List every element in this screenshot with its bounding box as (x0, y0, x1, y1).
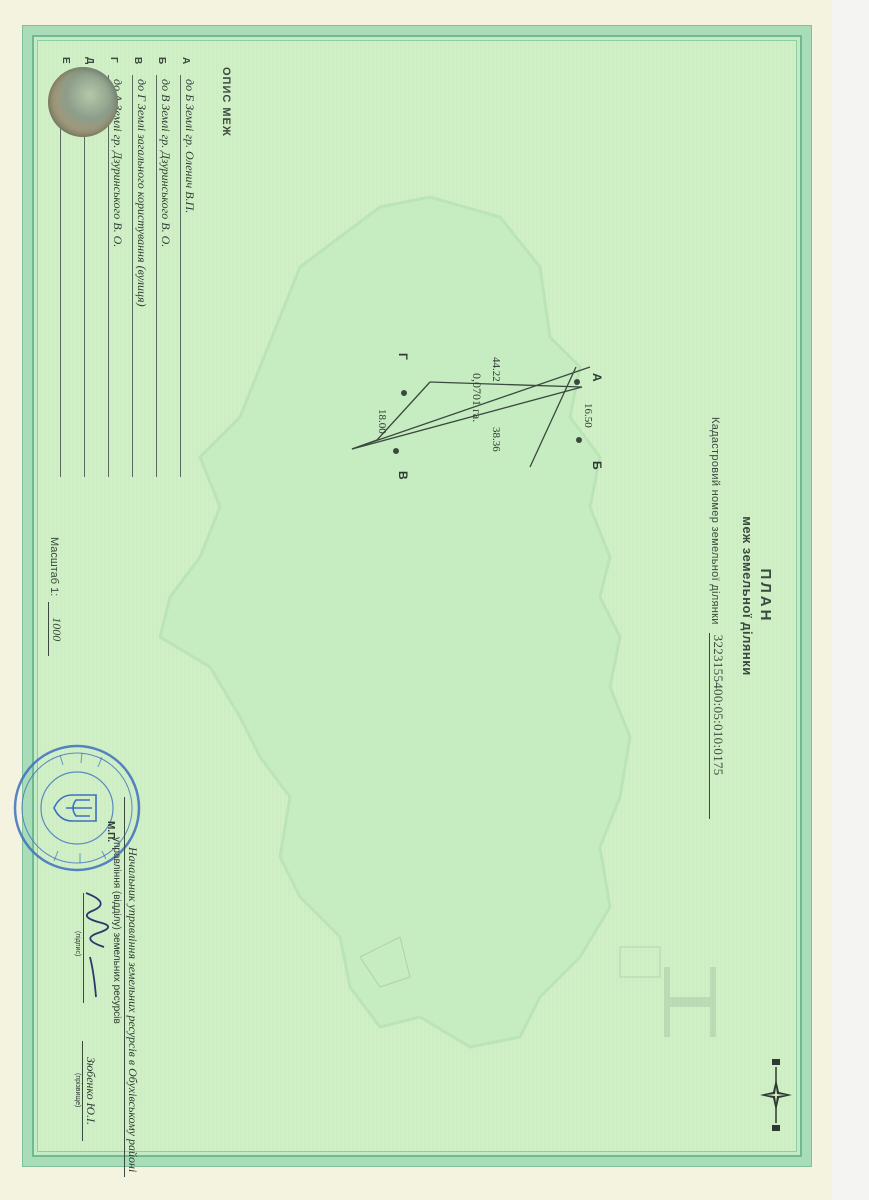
boundary-text: до А Землі гр. Дзуринського В. О. (108, 75, 126, 477)
boundary-text: до Б Землі гр. Оленич В.П. (180, 75, 198, 477)
plot-area: 0,0701 га. (469, 373, 484, 422)
side-length-vg: 18.00 (376, 409, 388, 434)
signature-caption: (підпис) (74, 931, 81, 956)
boundary-letter: Б (156, 57, 167, 75)
hologram-seal-icon (48, 67, 118, 137)
side-length-ab: 16.50 (582, 403, 594, 428)
signatory-position: Начальник управління земельних ресурсів … (124, 797, 140, 1177)
point-label-b: Б (590, 461, 604, 470)
signature-block: Начальник управління земельних ресурсів … (111, 797, 140, 1177)
boundary-row: Бдо В Землі гр. Дзуринського В. О. (156, 57, 180, 477)
point-label-g: Г (396, 353, 410, 360)
signature-line (83, 893, 84, 1003)
signatory-name-caption: (прізвище) (74, 1073, 81, 1107)
land-plot-plan-sheet: ПЛАН меж земельної ділянки Кадастровий н… (22, 25, 812, 1167)
stamp-place-mark: М.П. (105, 821, 116, 842)
signatory-name: Зюбенко Ю.І. (82, 1041, 98, 1141)
guilloche-border: ПЛАН меж земельної ділянки Кадастровий н… (22, 25, 812, 1167)
point-label-v: В (396, 471, 410, 480)
boundary-letter: А (180, 57, 191, 75)
boundary-row: Вдо Г Землі загального користування (вул… (132, 57, 156, 477)
boundary-letter: В (132, 57, 143, 75)
side-length-ga: 44.22 (490, 357, 502, 382)
boundary-text: до Г Землі загального користування (вули… (132, 75, 150, 477)
boundary-text: до В Землі гр. Дзуринського В. О. (156, 75, 174, 477)
scale-value: 1000 (48, 602, 64, 656)
scale-row: Масштаб 1: 1000 (48, 537, 64, 656)
side-length-bv: 38.36 (490, 427, 502, 452)
scale-label: Масштаб 1: (48, 537, 60, 596)
document-body: ПЛАН меж земельної ділянки Кадастровий н… (32, 35, 802, 1157)
boundary-letter: Г (108, 57, 119, 75)
boundaries-title: ОПИС МЕЖ (220, 67, 232, 137)
scan-margin (832, 0, 869, 1200)
point-label-a: А (590, 373, 604, 382)
boundary-row: Адо Б Землі гр. Оленич В.П. (180, 57, 204, 477)
